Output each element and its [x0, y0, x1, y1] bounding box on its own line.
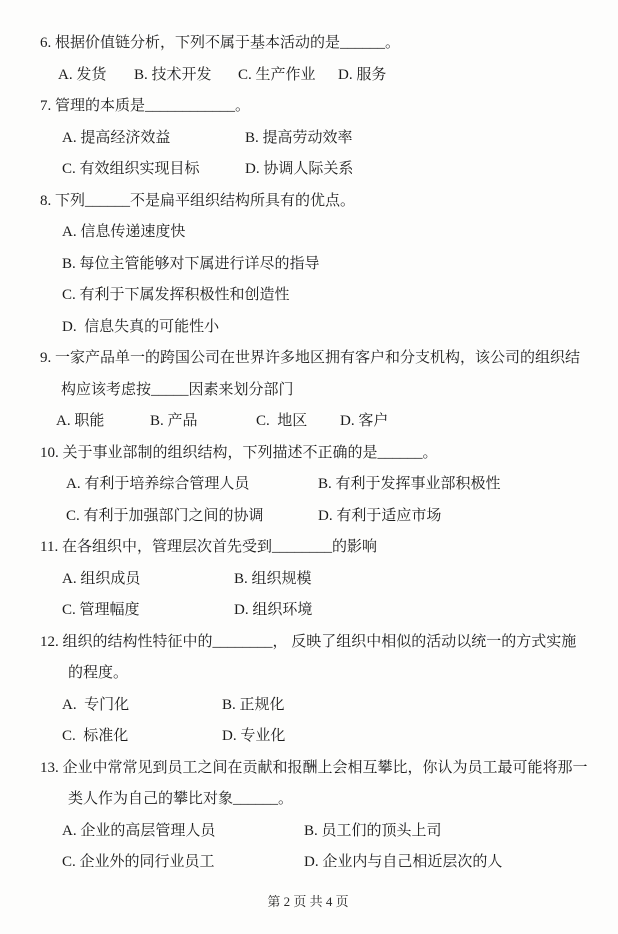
question-13-options: A. 企业的高层管理人员 B. 员工们的顶头上司 C. 企业外的同行业员工 D.…	[40, 816, 600, 879]
question-7: 7. 管理的本质是____________。 A. 提高经济效益 B. 提高劳动…	[40, 91, 600, 186]
question-12-stem: 12. 组织的结构性特征中的________， 反映了组织中相似的活动以统一的方…	[40, 627, 600, 690]
question-13-option-a: A. 企业的高层管理人员	[62, 816, 304, 848]
question-8-option-d: D. 信息失真的可能性小	[62, 312, 600, 344]
question-8-stem: 8. 下列______不是扁平组织结构所具有的优点。	[40, 186, 600, 218]
question-12-option-b: B. 正规化	[222, 690, 600, 722]
question-7-options: A. 提高经济效益 B. 提高劳动效率 C. 有效组织实现目标 D. 协调人际关…	[40, 123, 600, 186]
question-13-option-b: B. 员工们的顶头上司	[304, 816, 600, 848]
question-10: 10. 关于事业部制的组织结构，下列描述不正确的是______。 A. 有利于培…	[40, 438, 600, 533]
question-8-options: A. 信息传递速度快 B. 每位主管能够对下属进行详尽的指导 C. 有利于下属发…	[40, 217, 600, 343]
question-9-stem: 9. 一家产品单一的跨国公司在世界许多地区拥有客户和分支机构，该公司的组织结 构…	[40, 343, 600, 406]
question-6-options: A. 发货 B. 技术开发 C. 生产作业 D. 服务	[40, 60, 600, 92]
question-8-option-c: C. 有利于下属发挥积极性和创造性	[62, 280, 600, 312]
question-6-option-b: B. 技术开发	[134, 60, 238, 92]
question-6-option-a: A. 发货	[58, 60, 134, 92]
question-13-stem: 13. 企业中常常见到员工之间在贡献和报酬上会相互攀比，你认为员工最可能将那一 …	[40, 753, 600, 816]
question-9-options: A. 职能 B. 产品 C. 地区 D. 客户	[40, 406, 600, 438]
question-10-option-d: D. 有利于适应市场	[318, 501, 600, 533]
question-9-option-b: B. 产品	[150, 406, 256, 438]
question-9-option-c: C. 地区	[256, 406, 340, 438]
question-10-option-a: A. 有利于培养综合管理人员	[66, 469, 318, 501]
question-9: 9. 一家产品单一的跨国公司在世界许多地区拥有客户和分支机构，该公司的组织结 构…	[40, 343, 600, 438]
question-11-options: A. 组织成员 B. 组织规模 C. 管理幅度 D. 组织环境	[40, 564, 600, 627]
question-10-option-b: B. 有利于发挥事业部积极性	[318, 469, 600, 501]
question-12: 12. 组织的结构性特征中的________， 反映了组织中相似的活动以统一的方…	[40, 627, 600, 753]
question-9-option-a: A. 职能	[56, 406, 150, 438]
question-12-option-a: A. 专门化	[62, 690, 222, 722]
question-13: 13. 企业中常常见到员工之间在贡献和报酬上会相互攀比，你认为员工最可能将那一 …	[40, 753, 600, 879]
question-11: 11. 在各组织中，管理层次首先受到________的影响 A. 组织成员 B.…	[40, 532, 600, 627]
question-6-option-c: C. 生产作业	[238, 60, 338, 92]
question-6-option-d: D. 服务	[338, 60, 600, 92]
question-6-stem: 6. 根据价值链分析，下列不属于基本活动的是______。	[40, 28, 600, 60]
question-8: 8. 下列______不是扁平组织结构所具有的优点。 A. 信息传递速度快 B.…	[40, 186, 600, 344]
question-10-stem: 10. 关于事业部制的组织结构，下列描述不正确的是______。	[40, 438, 600, 470]
question-13-option-d: D. 企业内与自己相近层次的人	[304, 847, 600, 879]
question-6: 6. 根据价值链分析，下列不属于基本活动的是______。 A. 发货 B. 技…	[40, 28, 600, 91]
question-11-stem: 11. 在各组织中，管理层次首先受到________的影响	[40, 532, 600, 564]
exam-page: 6. 根据价值链分析，下列不属于基本活动的是______。 A. 发货 B. 技…	[0, 0, 618, 934]
question-10-options: A. 有利于培养综合管理人员 B. 有利于发挥事业部积极性 C. 有利于加强部门…	[40, 469, 600, 532]
question-7-option-c: C. 有效组织实现目标	[62, 154, 245, 186]
question-8-option-a: A. 信息传递速度快	[62, 217, 600, 249]
question-11-option-d: D. 组织环境	[234, 595, 600, 627]
question-12-options: A. 专门化 B. 正规化 C. 标准化 D. 专业化	[40, 690, 600, 753]
question-7-option-d: D. 协调人际关系	[245, 154, 600, 186]
question-9-option-d: D. 客户	[340, 406, 600, 438]
question-7-stem: 7. 管理的本质是____________。	[40, 91, 600, 123]
question-8-option-b: B. 每位主管能够对下属进行详尽的指导	[62, 249, 600, 281]
page-footer: 第 2 页 共 4 页	[28, 893, 588, 911]
question-12-option-d: D. 专业化	[222, 721, 600, 753]
question-13-option-c: C. 企业外的同行业员工	[62, 847, 304, 879]
question-12-option-c: C. 标准化	[62, 721, 222, 753]
question-11-option-a: A. 组织成员	[62, 564, 234, 596]
question-11-option-b: B. 组织规模	[234, 564, 600, 596]
question-11-option-c: C. 管理幅度	[62, 595, 234, 627]
question-7-option-b: B. 提高劳动效率	[245, 123, 600, 155]
question-7-option-a: A. 提高经济效益	[62, 123, 245, 155]
question-10-option-c: C. 有利于加强部门之间的协调	[66, 501, 318, 533]
